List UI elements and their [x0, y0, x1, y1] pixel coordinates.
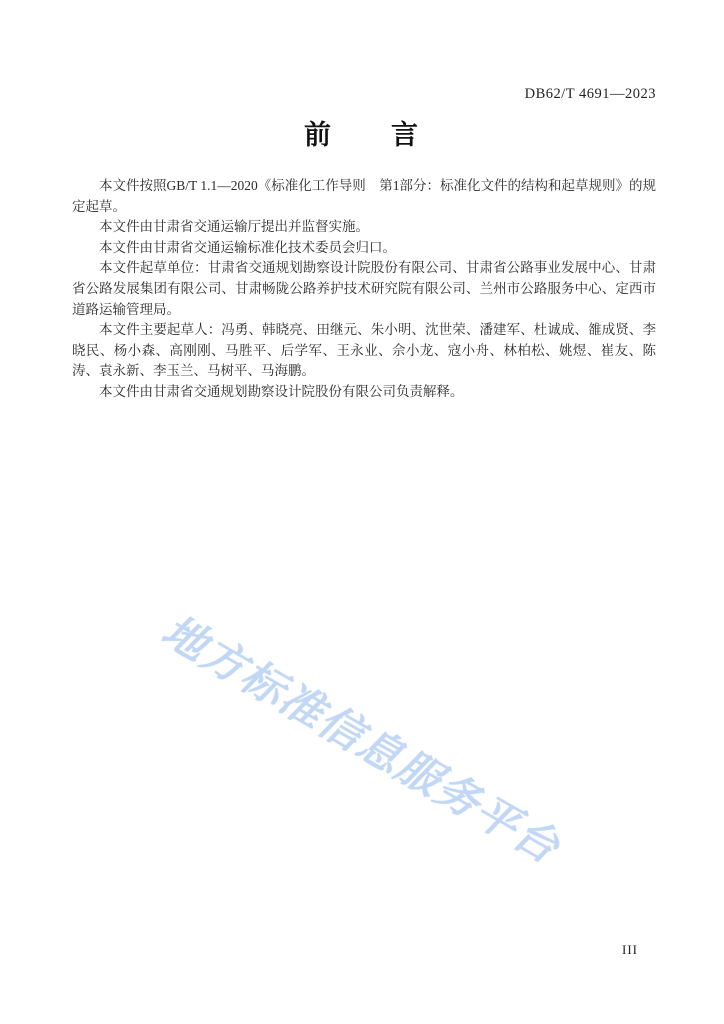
paragraph-main-drafters: 本文件主要起草人：冯勇、韩晓亮、田继元、朱小明、沈世荣、潘建军、杜诚成、雒成贤、…: [72, 320, 656, 382]
paragraph-centralized-by: 本文件由甘肃省交通运输标准化技术委员会归口。: [72, 238, 656, 259]
platform-watermark: 地方标准信息服务平台: [153, 598, 573, 876]
page-number: III: [622, 942, 638, 958]
paragraph-drafting-organizations: 本文件起草单位：甘肃省交通规划勘察设计院股份有限公司、甘肃省公路事业发展中心、甘…: [72, 258, 656, 320]
page-title: 前 言: [0, 113, 724, 152]
paragraph-drafting-basis: 本文件按照GB/T 1.1—2020《标准化工作导则 第1部分：标准化文件的结构…: [72, 176, 656, 217]
document-page: DB62/T 4691—2023 前 言 本文件按照GB/T 1.1—2020《…: [0, 0, 724, 1024]
standard-number: DB62/T 4691—2023: [525, 86, 656, 103]
paragraph-interpretation: 本文件由甘肃省交通规划勘察设计院股份有限公司负责解释。: [72, 382, 656, 403]
foreword-body: 本文件按照GB/T 1.1—2020《标准化工作导则 第1部分：标准化文件的结构…: [72, 176, 656, 403]
paragraph-proposed-by: 本文件由甘肃省交通运输厅提出并监督实施。: [72, 217, 656, 238]
